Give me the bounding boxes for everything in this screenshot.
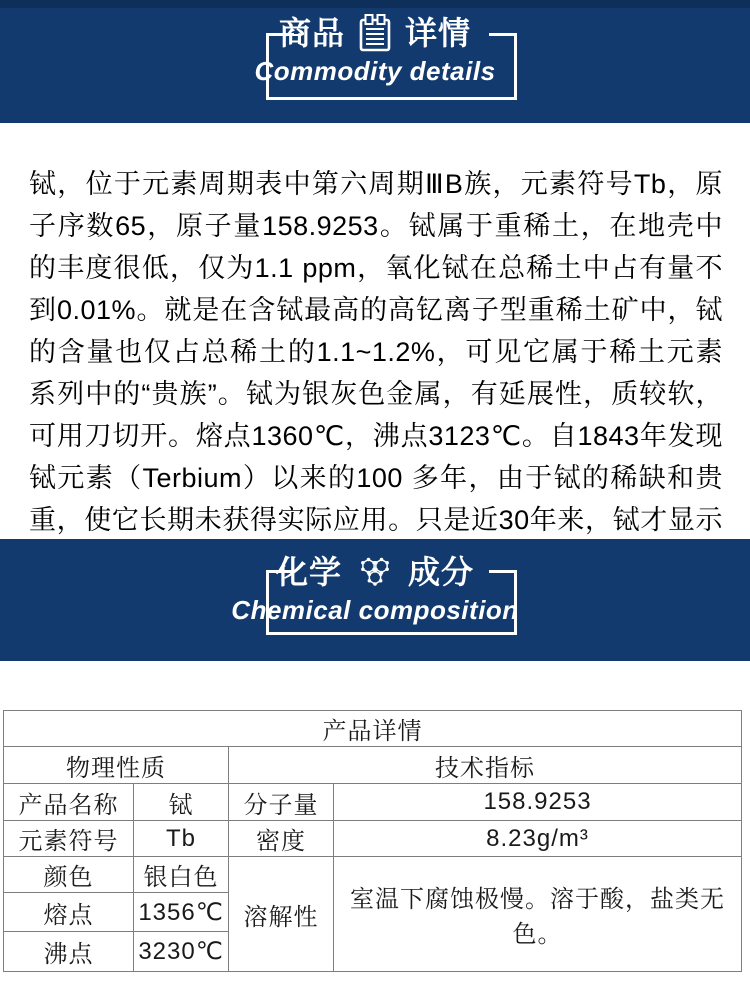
cell-solubility-value: 室温下腐蚀极慢。溶于酸，盐类无色。 xyxy=(334,857,742,972)
table-row: 元素符号 Tb 密度 8.23g/m³ xyxy=(4,821,742,857)
cell-melting-point-label: 熔点 xyxy=(4,893,134,932)
product-details-table: 产品详情 物理性质 技术指标 产品名称 铽 分子量 158.9253 元素符号 … xyxy=(3,710,742,972)
cell-melting-point-value: 1356℃ xyxy=(134,893,229,932)
banner-title-row: 商品 详情 xyxy=(0,12,750,54)
banner-title-left: 商品 xyxy=(279,12,345,54)
cell-color-value: 银白色 xyxy=(134,857,229,893)
commodity-details-banner: 商品 详情 Commodity details xyxy=(0,0,750,123)
banner-title-left: 化学 xyxy=(276,551,342,593)
table-row: 产品名称 铽 分子量 158.9253 xyxy=(4,784,742,821)
chemical-composition-banner: 化学 成 xyxy=(0,539,750,661)
cell-product-name-value: 铽 xyxy=(134,784,229,821)
terbium-description: 铽，位于元素周期表中第六周期ⅢB族，元素符号Tb，原子序数65，原子量158.9… xyxy=(0,123,750,583)
cell-solubility-label: 溶解性 xyxy=(229,857,334,972)
cell-element-symbol-label: 元素符号 xyxy=(4,821,134,857)
cell-density-value: 8.23g/m³ xyxy=(334,821,742,857)
header-technical-specs: 技术指标 xyxy=(229,747,742,784)
cell-color-label: 颜色 xyxy=(4,857,134,893)
cell-molecular-weight-label: 分子量 xyxy=(229,784,334,821)
table-title: 产品详情 xyxy=(4,711,742,747)
cell-product-name-label: 产品名称 xyxy=(4,784,134,821)
banner-subtitle: Commodity details xyxy=(0,56,750,86)
cell-density-label: 密度 xyxy=(229,821,334,857)
cell-boiling-point-label: 沸点 xyxy=(4,932,134,972)
cell-molecular-weight-value: 158.9253 xyxy=(334,784,742,821)
banner-title-right: 详情 xyxy=(405,12,471,54)
cell-element-symbol-value: Tb xyxy=(134,821,229,857)
clipboard-icon xyxy=(358,13,392,53)
banner-title-row: 化学 成 xyxy=(0,551,750,593)
header-physical-properties: 物理性质 xyxy=(4,747,229,784)
banner-title-right: 成分 xyxy=(408,551,474,593)
cell-boiling-point-value: 3230℃ xyxy=(134,932,229,972)
molecule-icon xyxy=(355,557,395,588)
table-row: 颜色 银白色 溶解性 室温下腐蚀极慢。溶于酸，盐类无色。 xyxy=(4,857,742,893)
banner-subtitle: Chemical composition xyxy=(0,595,750,625)
